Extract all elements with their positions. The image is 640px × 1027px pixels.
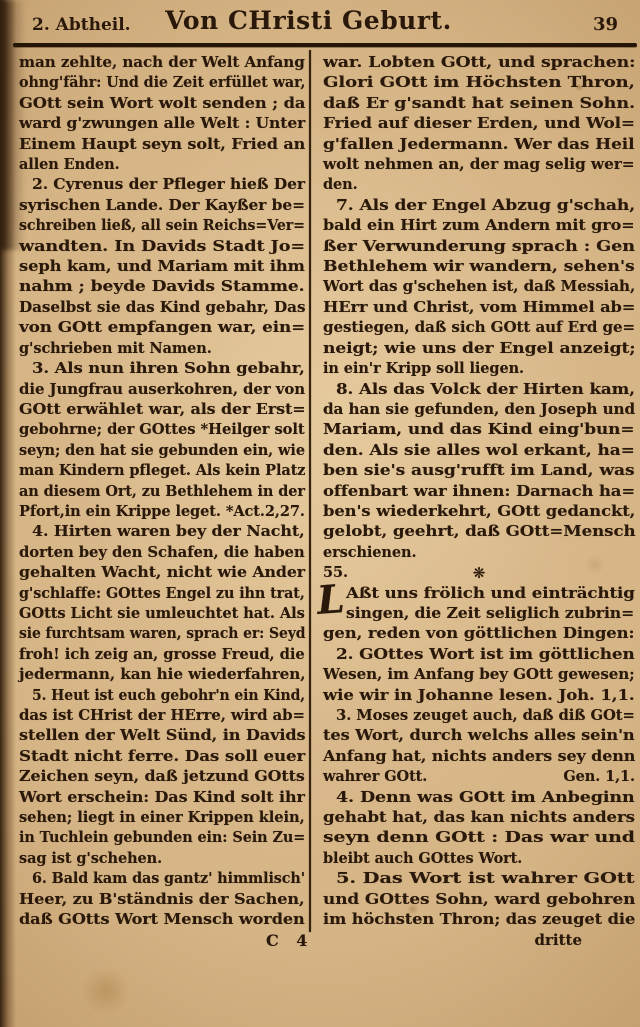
text-line: gebohrne; der GOttes *Heilger solt	[19, 420, 305, 440]
text-line: Wort erschein: Das Kind solt ihr	[19, 788, 305, 808]
text-line: gestiegen, daß sich GOtt auf Erd ge=	[323, 318, 635, 338]
text-line: Zeichen seyn, daß jetzund GOtts	[19, 767, 305, 787]
line-text: seph kam, und Mariam mit ihm	[19, 257, 305, 277]
line-text: wolt nehmen an, der mag selig wer=	[323, 155, 635, 175]
text-line: bleibt auch GOttes Wort.	[323, 849, 635, 869]
line-text: die Jungfrau auserkohren, der von	[19, 380, 305, 400]
text-line: Stadt nicht ferre. Das soll euer	[19, 747, 305, 767]
text-line: bald ein Hirt zum Andern mit gro=	[323, 216, 635, 236]
text-line: seph kam, und Mariam mit ihm	[19, 257, 305, 277]
text-line: wie wir in Johanne lesen. Joh. 1,1.	[323, 686, 635, 706]
text-line: allen Enden.	[19, 155, 305, 175]
text-line: LAßt uns frölich und einträchtig	[323, 584, 635, 604]
line-text: Wort das g'schehen ist, daß Messiah,	[323, 277, 635, 297]
text-line: 3. Als nun ihren Sohn gebahr,	[19, 359, 305, 379]
text-line: ben's wiederkehrt, GOtt gedanckt,	[323, 502, 635, 522]
line-text: gestiegen, daß sich GOtt auf Erd ge=	[323, 318, 635, 338]
line-text: 6. Bald kam das gantz' himmlisch'	[32, 869, 305, 889]
text-line: Fried auf dieser Erden, und Wol=	[323, 114, 635, 134]
line-text: Wort erschein: Das Kind solt ihr	[19, 788, 305, 808]
line-text: in ein'r Kripp soll liegen.	[323, 359, 524, 379]
line-text: und GOttes Sohn, ward gebohren	[323, 890, 635, 910]
text-line: ohng'fähr: Und die Zeit erfüllet war,	[19, 73, 305, 93]
left-text-column: man zehlte, nach der Welt Anfangohng'fäh…	[19, 53, 305, 930]
text-line: Mariam, und das Kind eing'bun=	[323, 420, 635, 440]
line-text: Aßt uns frölich und einträchtig	[346, 584, 635, 604]
line-text: ben sie's ausg'rufft im Land, was	[323, 461, 635, 481]
text-line: in ein'r Kripp soll liegen.	[323, 359, 635, 379]
line-text: tes Wort, durch welchs alles sein'n	[323, 726, 635, 746]
text-line: seyn; den hat sie gebunden ein, wie	[19, 441, 305, 461]
line-text: g'schlaffe: GOttes Engel zu ihn trat,	[19, 584, 305, 604]
line-text: g'fallen Jedermann. Wer das Heil	[323, 135, 634, 155]
text-line: g'fallen Jedermann. Wer das Heil	[323, 135, 635, 155]
text-line: stellen der Welt Sünd, in Davids	[19, 726, 305, 746]
text-line: sehen; liegt in einer Krippen klein,	[19, 808, 305, 828]
right-text-column: war. Lobten GOtt, und sprachen:Glori GOt…	[323, 53, 635, 930]
line-text: den.	[323, 175, 358, 195]
line-text: Bethlehem wir wandern, sehen's	[323, 257, 635, 277]
line-text: im höchsten Thron; das zeuget die	[323, 910, 635, 930]
text-line: gen, reden von göttlichen Dingen:	[323, 624, 635, 644]
text-line: gehabt hat, das kan nichts anders	[323, 808, 635, 828]
line-text: daß Er g'sandt hat seinen Sohn.	[323, 94, 635, 114]
text-line: GOtt erwählet war, als der Erst=	[19, 400, 305, 420]
text-line: ßer Verwunderung sprach : Gen	[323, 237, 635, 257]
text-line: wahrer GOtt.Gen. 1,1.	[323, 767, 635, 787]
line-text: in Tuchlein gebunden ein: Sein Zu=	[19, 828, 305, 848]
text-line: daß GOtts Wort Mensch worden	[19, 910, 305, 930]
text-line: 3. Moses zeuget auch, daß diß GOt=	[323, 706, 635, 726]
line-text: 5. Heut ist euch gebohr'n ein Kind,	[32, 686, 305, 706]
line-text: wandten. In Davids Stadt Jo=	[19, 237, 305, 257]
text-line: die Jungfrau auserkohren, der von	[19, 380, 305, 400]
line-text: 8. Als das Volck der Hirten kam,	[336, 380, 635, 400]
text-line: von GOtt empfangen war, ein=	[19, 318, 305, 338]
line-text: Fried auf dieser Erden, und Wol=	[323, 114, 635, 134]
line-text: war. Lobten GOtt, und sprachen:	[323, 53, 635, 73]
line-text: gebohrne; der GOttes *Heilger solt	[19, 420, 305, 440]
line-text: Wesen, im Anfang bey GOtt gewesen;	[323, 665, 635, 685]
header-rule	[13, 43, 637, 47]
line-text: Zeichen seyn, daß jetzund GOtts	[19, 767, 305, 787]
line-text: Einem Haupt seyn solt, Fried an	[19, 135, 305, 155]
line-text: gelobt, geehrt, daß GOtt=Mensch	[323, 522, 636, 542]
line-text: seyn; den hat sie gebunden ein, wie	[19, 441, 305, 461]
text-line: erschienen.	[323, 543, 635, 563]
line-text: nahm ; beyde Davids Stamme.	[19, 277, 304, 297]
text-line: tes Wort, durch welchs alles sein'n	[323, 726, 635, 746]
printer-ornament-icon: ❋	[371, 563, 587, 583]
line-text: 5. Das Wort ist wahrer GOtt	[336, 869, 634, 889]
line-text: gehalten Wacht, nicht wie Ander	[19, 563, 305, 583]
line-text: ben's wiederkehrt, GOtt gedanckt,	[323, 502, 635, 522]
text-line: im höchsten Thron; das zeuget die	[323, 910, 635, 930]
text-line: das ist CHrist der HErre, wird ab=	[19, 706, 305, 726]
text-line: offenbart war ihnen: Darnach ha=	[323, 482, 635, 502]
text-line: Wesen, im Anfang bey GOtt gewesen;	[323, 665, 635, 685]
line-text: daß GOtts Wort Mensch worden	[19, 910, 305, 930]
text-line: den.	[323, 175, 635, 195]
line-text: Glori GOtt im Höchsten Thron,	[323, 73, 635, 93]
line-text: erschienen.	[323, 543, 416, 563]
line-text: sag ist g'schehen.	[19, 849, 162, 869]
line-text: gen, reden von göttlichen Dingen:	[323, 624, 634, 644]
text-line: GOtts Licht sie umleuchtet hat. Als	[19, 604, 305, 624]
text-line: und GOttes Sohn, ward gebohren	[323, 890, 635, 910]
text-line: 4. Hirten waren bey der Nacht,	[19, 522, 305, 542]
line-text: wie wir in Johanne lesen. Joh. 1,1.	[323, 686, 635, 706]
line-text: ohng'fähr: Und die Zeit erfüllet war,	[19, 73, 305, 93]
text-line: 4. Denn was GOtt im Anbeginn	[323, 788, 635, 808]
text-line: daß Er g'sandt hat seinen Sohn.	[323, 94, 635, 114]
catchword: dritte	[535, 931, 583, 949]
text-line: neigt; wie uns der Engel anzeigt;	[323, 339, 635, 359]
header-running-title: Von CHristi Geburt.	[165, 6, 452, 35]
text-line: 55.❋	[323, 563, 635, 583]
line-text: ßer Verwunderung sprach : Gen	[323, 237, 635, 257]
text-line: schreiben ließ, all sein Reichs=Ver=	[19, 216, 305, 236]
text-line: ben sie's ausg'rufft im Land, was	[323, 461, 635, 481]
text-line: sie furchtsam waren, sprach er: Seyd	[19, 624, 305, 644]
text-line: man zehlte, nach der Welt Anfang	[19, 53, 305, 73]
text-line: sag ist g'schehen.	[19, 849, 305, 869]
text-line: wolt nehmen an, der mag selig wer=	[323, 155, 635, 175]
line-text: seyn denn GOtt : Das war und	[323, 828, 635, 848]
text-line: 2. GOttes Wort ist im göttlichen	[323, 645, 635, 665]
line-text: GOtt erwählet war, als der Erst=	[19, 400, 305, 420]
text-line: Heer, zu B'ständnis der Sachen,	[19, 890, 305, 910]
text-line: Einem Haupt seyn solt, Fried an	[19, 135, 305, 155]
line-text: ward g'zwungen alle Welt : Unter	[19, 114, 305, 134]
line-text: den. Als sie alles wol erkant, ha=	[323, 441, 635, 461]
text-line: Daselbst sie das Kind gebahr, Das	[19, 298, 305, 318]
line-text: 2. Cyrenus der Pfleger hieß Der	[32, 175, 305, 195]
text-line: seyn denn GOtt : Das war und	[323, 828, 635, 848]
text-line: wandten. In Davids Stadt Jo=	[19, 237, 305, 257]
header-page-number: 39	[593, 14, 618, 35]
text-line: Pfort,in ein Krippe leget. *Act.2,27.	[19, 502, 305, 522]
text-line: syrischen Lande. Der Kayßer be=	[19, 196, 305, 216]
text-line: gelobt, geehrt, daß GOtt=Mensch	[323, 522, 635, 542]
text-line: man Kindern pfleget. Als kein Platz	[19, 461, 305, 481]
line-text: man zehlte, nach der Welt Anfang	[19, 53, 305, 73]
line-text: Mariam, und das Kind eing'bun=	[323, 420, 634, 440]
line-text: Stadt nicht ferre. Das soll euer	[19, 747, 305, 767]
line-text: 3. Moses zeuget auch, daß diß GOt=	[336, 706, 635, 726]
line-text: GOtts Licht sie umleuchtet hat. Als	[19, 604, 305, 624]
line-text: Heer, zu B'ständnis der Sachen,	[19, 890, 305, 910]
book-page: 2. Abtheil. Von CHristi Geburt. 39 man z…	[0, 0, 640, 1027]
line-text: 4. Denn was GOtt im Anbeginn	[336, 788, 635, 808]
line-text: bald ein Hirt zum Andern mit gro=	[323, 216, 635, 236]
line-text: Daselbst sie das Kind gebahr, Das	[19, 298, 305, 318]
line-text: froh! ich zeig an, grosse Freud, die	[19, 645, 305, 665]
text-line: nahm ; beyde Davids Stamme.	[19, 277, 305, 297]
line-text: das ist CHrist der HErre, wird ab=	[19, 706, 305, 726]
text-line: war. Lobten GOtt, und sprachen:	[323, 53, 635, 73]
text-line: 7. Als der Engel Abzug g'schah,	[323, 196, 635, 216]
line-text: syrischen Lande. Der Kayßer be=	[19, 196, 305, 216]
text-line: in Tuchlein gebunden ein: Sein Zu=	[19, 828, 305, 848]
text-line: froh! ich zeig an, grosse Freud, die	[19, 645, 305, 665]
line-text: sie furchtsam waren, sprach er: Seyd	[19, 624, 305, 644]
signature-mark: C 4	[266, 931, 313, 950]
line-text: 2. GOttes Wort ist im göttlichen	[336, 645, 635, 665]
text-line: g'schlaffe: GOttes Engel zu ihn trat,	[19, 584, 305, 604]
text-line: Wort das g'schehen ist, daß Messiah,	[323, 277, 635, 297]
text-line: 6. Bald kam das gantz' himmlisch'	[19, 869, 305, 889]
line-text: wahrer GOtt.	[323, 767, 427, 787]
line-text: schreiben ließ, all sein Reichs=Ver=	[19, 216, 305, 236]
text-line: jedermann, kan hie wiederfahren,	[19, 665, 305, 685]
line-text: von GOtt empfangen war, ein=	[19, 318, 305, 338]
text-line: gehalten Wacht, nicht wie Ander	[19, 563, 305, 583]
line-text: jedermann, kan hie wiederfahren,	[19, 665, 305, 685]
text-line: Anfang hat, nichts anders sey denn	[323, 747, 635, 767]
line-text: 3. Als nun ihren Sohn gebahr,	[32, 359, 305, 379]
column-divider-rule	[309, 50, 311, 932]
line-text: offenbart war ihnen: Darnach ha=	[323, 482, 635, 502]
line-text: 7. Als der Engel Abzug g'schah,	[336, 196, 635, 216]
line-text: dorten bey den Schafen, die haben	[19, 543, 305, 563]
line-text: g'schrieben mit Namen.	[19, 339, 212, 359]
line-text: Anfang hat, nichts anders sey denn	[323, 747, 635, 767]
text-line: 2. Cyrenus der Pfleger hieß Der	[19, 175, 305, 195]
text-line: g'schrieben mit Namen.	[19, 339, 305, 359]
line-text: man Kindern pfleget. Als kein Platz	[19, 461, 305, 481]
text-line: dorten bey den Schafen, die haben	[19, 543, 305, 563]
line-text: stellen der Welt Sünd, in Davids	[19, 726, 306, 746]
text-line: 5. Das Wort ist wahrer GOtt	[323, 869, 635, 889]
text-line: ward g'zwungen alle Welt : Unter	[19, 114, 305, 134]
text-line: GOtt sein Wort wolt senden ; da	[19, 94, 305, 114]
text-line: 5. Heut ist euch gebohr'n ein Kind,	[19, 686, 305, 706]
line-text: GOtt sein Wort wolt senden ; da	[19, 94, 305, 114]
header-section-label: 2. Abtheil.	[32, 15, 131, 35]
text-line: da han sie gefunden, den Joseph und	[323, 400, 635, 420]
line-text: singen, die Zeit seliglich zubrin=	[346, 604, 634, 624]
text-line: den. Als sie alles wol erkant, ha=	[323, 441, 635, 461]
scripture-reference: Gen. 1,1.	[563, 767, 635, 787]
text-line: Bethlehem wir wandern, sehen's	[323, 257, 635, 277]
line-text: 4. Hirten waren bey der Nacht,	[32, 522, 305, 542]
line-text: HErr und Christ, vom Himmel ab=	[323, 298, 635, 318]
line-text: sehen; liegt in einer Krippen klein,	[19, 808, 305, 828]
line-text: da han sie gefunden, den Joseph und	[323, 400, 635, 420]
text-line: Glori GOtt im Höchsten Thron,	[323, 73, 635, 93]
text-line: singen, die Zeit seliglich zubrin=	[323, 604, 635, 624]
line-text: allen Enden.	[19, 155, 120, 175]
text-line: HErr und Christ, vom Himmel ab=	[323, 298, 635, 318]
line-text: gehabt hat, das kan nichts anders	[323, 808, 635, 828]
text-line: an diesem Ort, zu Bethlehem in der	[19, 482, 305, 502]
text-line: 8. Als das Volck der Hirten kam,	[323, 380, 635, 400]
line-text: neigt; wie uns der Engel anzeigt;	[323, 339, 636, 359]
line-text: Pfort,in ein Krippe leget. *Act.2,27.	[19, 502, 305, 522]
line-text: bleibt auch GOttes Wort.	[323, 849, 522, 869]
line-text: an diesem Ort, zu Bethlehem in der	[19, 482, 305, 502]
